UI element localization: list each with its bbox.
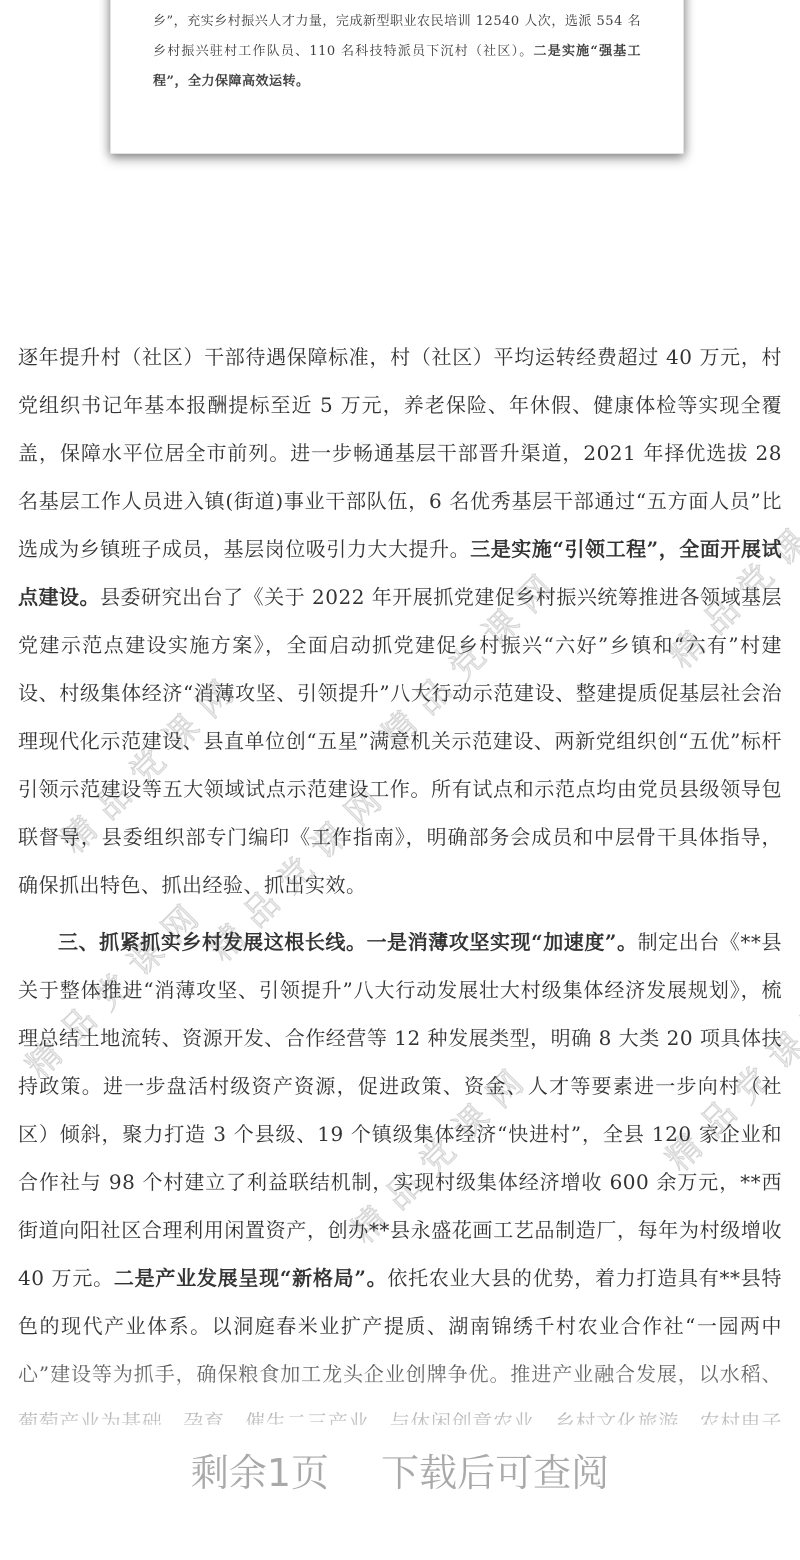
text-run: 县委研究出台了《关于 2022 年开展抓党建促乡村振兴统筹推进各领域基层党建示范… <box>18 585 782 897</box>
body-paragraph-2: 三、抓紧抓实乡村发展这根长线。一是消薄攻坚实现“加速度”。制定出台《**县关于整… <box>18 918 782 1425</box>
remaining-pages-count: 剩余1页 <box>191 1442 329 1497</box>
document-preview-page: 乡”，充实乡村振兴人才力量，完成新型职业农民培训 12540 人次，选派 554… <box>0 0 800 1560</box>
text-run: 制定出台《**县关于整体推进“消薄攻坚、引领提升”八大行动发展壮大村级集体经济发… <box>18 930 782 1290</box>
text-run: 二是产业发展呈现“新格局”。 <box>114 1266 388 1290</box>
body-paragraph-1: 逐年提升村（社区）干部待遇保障标准，村（社区）平均运转经费超过 40 万元，村党… <box>18 333 782 909</box>
text-run: 逐年提升村（社区）干部待遇保障标准，村（社区）平均运转经费超过 40 万元，村党… <box>18 345 782 561</box>
text-run: 三、抓紧抓实乡村发展这根长线。一是消薄攻坚实现“加速度”。 <box>58 930 638 954</box>
download-to-view-hint: 下载后可查阅 <box>381 1442 609 1497</box>
document-body: 逐年提升村（社区）干部待遇保障标准，村（社区）平均运转经费超过 40 万元，村党… <box>18 333 782 1425</box>
page-preview-sheet: 乡”，充实乡村振兴人才力量，完成新型职业农民培训 12540 人次，选派 554… <box>110 0 684 154</box>
page1-tail-paragraph: 乡”，充实乡村振兴人才力量，完成新型职业农民培训 12540 人次，选派 554… <box>153 7 641 97</box>
remaining-pages-notice: 剩余1页 下载后可查阅 <box>0 1442 800 1497</box>
